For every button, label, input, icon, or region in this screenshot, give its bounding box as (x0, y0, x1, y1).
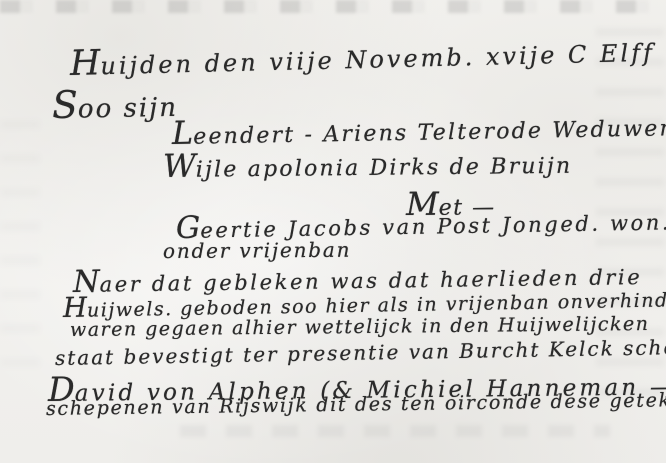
manuscript-line-late-wife: Wijle apolonia Dirks de Bruijn (163, 144, 573, 185)
bleedthrough-top-edge (0, 0, 666, 13)
manuscript-line-residence: onder vrijenban (163, 239, 351, 263)
manuscript-page: Huijden den viije Novemb. xvije C Elff S… (0, 0, 666, 463)
bleedthrough-bottom-edge (180, 425, 610, 437)
manuscript-line-date: Huijden den viije Novemb. xvije C Elff (70, 30, 656, 84)
bleedthrough-left-edge (0, 120, 40, 380)
manuscript-line-soo-sijn: Soo sijn (52, 82, 179, 128)
